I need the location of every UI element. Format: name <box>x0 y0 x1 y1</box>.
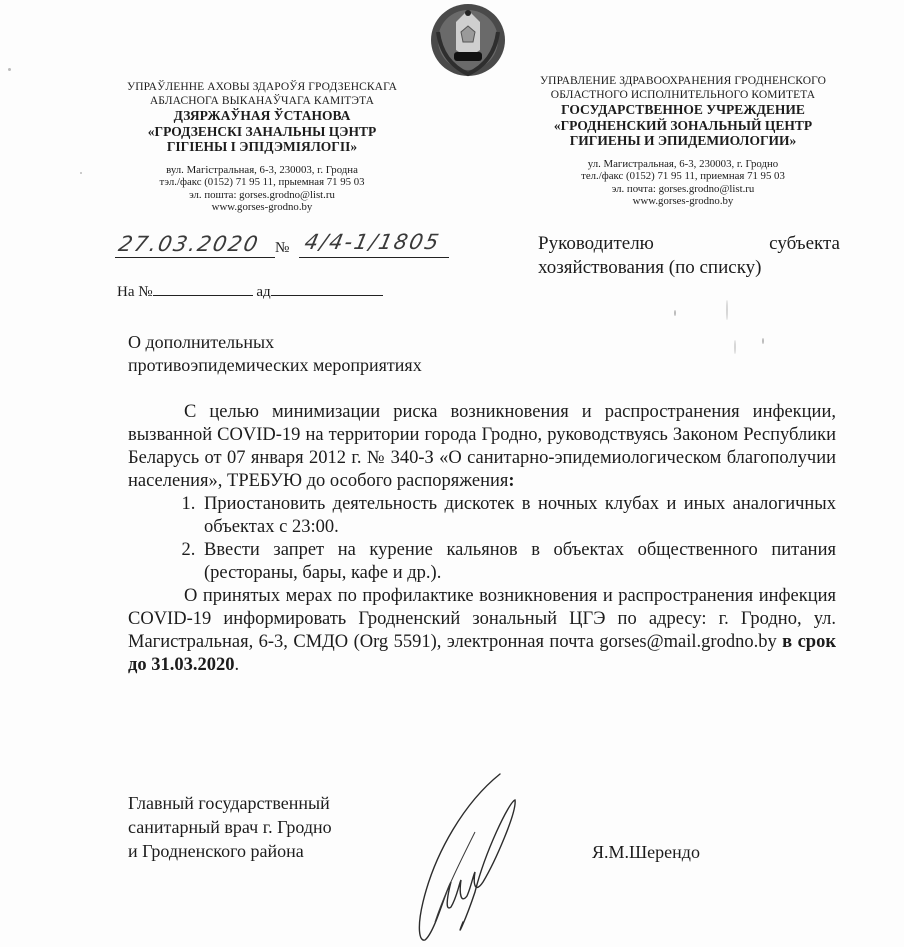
signatory-title-line: и Гродненского района <box>128 839 332 863</box>
subject-line: О дополнительных <box>128 331 422 354</box>
number-underline <box>299 257 449 258</box>
handwritten-signature-icon <box>405 772 525 947</box>
website-line: www.gorses-grodno.by <box>522 195 844 208</box>
report-text: О принятых мерах по профилактике возникн… <box>128 586 836 652</box>
intro-colon: : <box>508 471 514 491</box>
address-line: ул. Магистральная, 6-3, 230003, г. Гродн… <box>522 158 844 171</box>
signatory-title: Главный государственный санитарный врач … <box>128 791 332 863</box>
ministry-line: АБЛАСНОГА ВЫКАНАЎЧАГА КАМІТЭТА <box>108 94 416 108</box>
address-line: вул. Магістральная, 6-3, 230003, г. Грод… <box>108 164 416 177</box>
handwritten-number: 4/4-1/1805 <box>302 230 442 254</box>
ministry-line: ОБЛАСТНОГО ИСПОЛНИТЕЛЬНОГО КОМИТЕТА <box>522 88 844 102</box>
institution-name: «ГРОДНЕНСКИЙ ЗОНАЛЬНЫЙ ЦЕНТР <box>522 118 844 134</box>
handwritten-date: 27.03.2020 <box>116 232 261 256</box>
reply-date-label: ад <box>256 284 270 300</box>
signatory-name: Я.М.Шерендо <box>592 842 700 863</box>
phone-line: тел./факс (0152) 71 95 11, приемная 71 9… <box>522 170 844 183</box>
signatory-title-line: санитарный врач г. Гродно <box>128 815 332 839</box>
scan-speck <box>8 68 11 71</box>
registration-line: 27.03.2020 № 4/4-1/1805 <box>115 232 455 262</box>
scan-speck <box>674 310 676 316</box>
reply-number-label: На № <box>117 284 153 300</box>
number-sign: № <box>275 240 289 257</box>
email-line: эл. пошта: gorses.grodno@list.ru <box>108 189 416 202</box>
phone-line: тэл./факс (0152) 71 95 11, прыемная 71 9… <box>108 176 416 189</box>
reply-date-blank <box>271 283 383 296</box>
letter-subject: О дополнительных противоэпидемических ме… <box>128 331 422 377</box>
reply-number-blank <box>153 283 253 296</box>
requirement-item: Ввести запрет на курение кальянов в объе… <box>200 539 836 585</box>
addressee-line: Руководителю <box>538 232 654 256</box>
report-paragraph: О принятых мерах по профилактике возникн… <box>128 585 836 677</box>
intro-text: С целью минимизации риска возникновения … <box>128 402 836 491</box>
date-underline <box>115 257 275 258</box>
signatory-title-line: Главный государственный <box>128 791 332 815</box>
header-belarusian: УПРАЎЛЕННЕ АХОВЫ ЗДАРОЎЯ ГРОДЗЕНСКАГА АБ… <box>108 80 416 214</box>
state-emblem-icon <box>428 2 508 78</box>
website-line: www.gorses-grodno.by <box>108 201 416 214</box>
institution-name: ДЗЯРЖАЎНАЯ ЎСТАНОВА <box>108 108 416 124</box>
requirement-item: Приостановить деятельность дискотек в но… <box>200 493 836 539</box>
ministry-line: УПРАЎЛЕННЕ АХОВЫ ЗДАРОЎЯ ГРОДЗЕНСКАГА <box>108 80 416 94</box>
scan-speck <box>734 340 736 354</box>
institution-name: «ГРОДЗЕНСКІ ЗАНАЛЬНЫ ЦЭНТР <box>108 124 416 140</box>
scan-speck <box>80 172 82 174</box>
institution-name: ГОСУДАРСТВЕННОЕ УЧРЕЖДЕНИЕ <box>522 102 844 118</box>
institution-name: ГІГІЕНЫ І ЭПІДЭМІЯЛОГІІ» <box>108 139 416 155</box>
email-line: эл. почта: gorses.grodno@list.ru <box>522 183 844 196</box>
letter-body: С целью минимизации риска возникновения … <box>128 401 836 677</box>
addressee-line: хозяйствования (по списку) <box>538 256 840 280</box>
contact-block: вул. Магістральная, 6-3, 230003, г. Грод… <box>108 164 416 214</box>
addressee-line: субъекта <box>769 232 840 256</box>
addressee: Руководителю субъекта хозяйствования (по… <box>538 232 840 280</box>
deadline-end: . <box>234 655 239 675</box>
contact-block: ул. Магистральная, 6-3, 230003, г. Гродн… <box>522 158 844 208</box>
scan-speck <box>762 338 764 344</box>
reply-reference: На № ад <box>117 283 383 301</box>
scan-speck <box>726 300 728 320</box>
intro-paragraph: С целью минимизации риска возникновения … <box>128 401 836 493</box>
ministry-line: УПРАВЛЕНИЕ ЗДРАВООХРАНЕНИЯ ГРОДНЕНСКОГО <box>522 74 844 88</box>
requirements-list: Приостановить деятельность дискотек в но… <box>128 493 836 585</box>
header-russian: УПРАВЛЕНИЕ ЗДРАВООХРАНЕНИЯ ГРОДНЕНСКОГО … <box>522 74 844 208</box>
institution-name: ГИГИЕНЫ И ЭПИДЕМИОЛОГИИ» <box>522 133 844 149</box>
subject-line: противоэпидемических мероприятиях <box>128 354 422 377</box>
